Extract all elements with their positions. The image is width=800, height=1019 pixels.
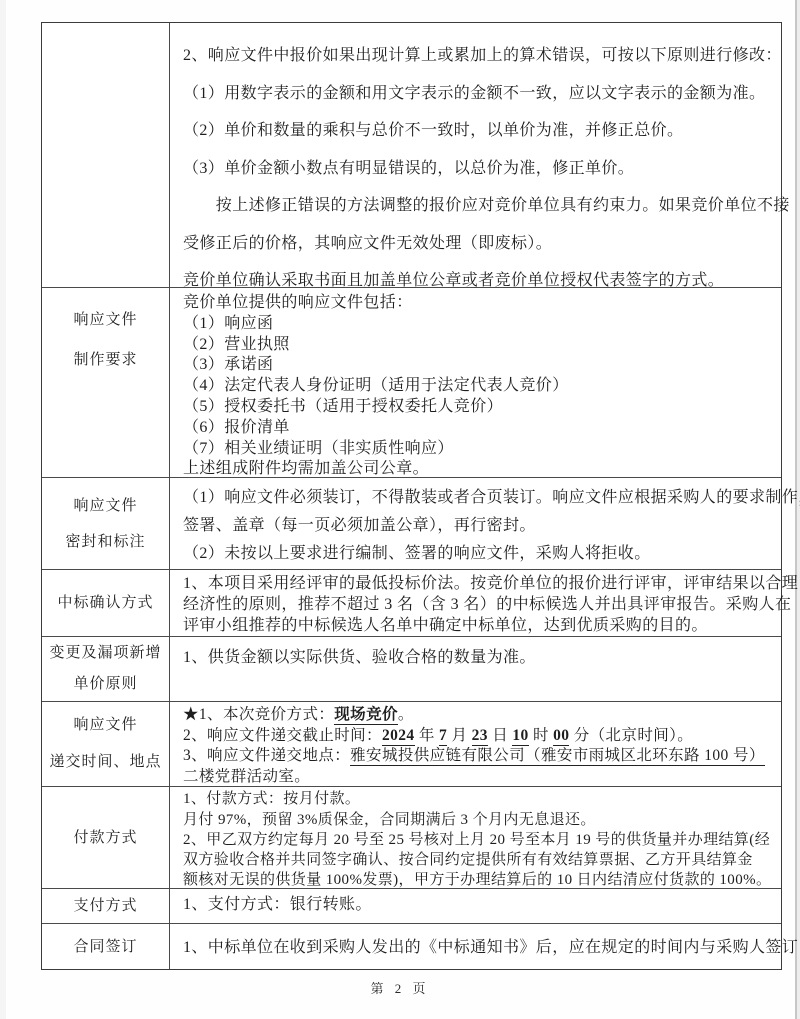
text-segment: （4）法定代表人身份证明（适用于法定代表人竞价） <box>183 377 569 394</box>
text-segment: 评审小组推荐的中标候选人名单中确定中标单位，达到优质采购的目的。 <box>183 617 708 634</box>
content-line: 竞价单位提供的响应文件包括： <box>183 293 781 314</box>
filled-in-value: 现场竞价 <box>334 706 398 725</box>
content-line: （1）响应文件必须装订，不得散装或者合页装订。响应文件应根据采购人的要求制作， <box>183 484 800 512</box>
row-label: 响应文件递交时间、地点 <box>42 702 170 786</box>
text-segment: 签署、盖章（每一页必须加盖公章），再行密封。 <box>183 517 536 534</box>
text-segment: （1）响应函 <box>183 315 273 332</box>
row-label-line: 响应文件 <box>73 707 137 744</box>
content-line: 评审小组推荐的中标候选人名单中确定中标单位，达到优质采购的目的。 <box>183 615 798 636</box>
text-segment: 1、付款方式：按月付款。 <box>183 791 360 807</box>
row-label: 合同签订 <box>42 924 170 969</box>
content-line: （2）营业执照 <box>183 335 781 356</box>
content-line: （3）承诺函 <box>183 355 781 376</box>
text-segment: （3）单价金额小数点有明显错误的，以总价为准，修正单价。 <box>183 160 634 177</box>
row-content: 1、付款方式：按月付款。月付 97%，预留 3%质保金，合同期满后 3 个月内无… <box>170 787 781 888</box>
text-segment: 二楼党群活动室。 <box>183 768 310 785</box>
text-segment: 2、响应文件中报价如果出现计算上或累加上的算术错误，可按以下原则进行修改： <box>183 47 782 64</box>
content-line: （2）未按以上要求进行编制、签署的响应文件，采购人将拒收。 <box>183 540 800 568</box>
content-line: （7）相关业绩证明（非实质性响应） <box>183 439 781 460</box>
content-line: 1、本项目采用经评审的最低投标价法。按竞价单位的报价进行评审，评审结果以合理 <box>183 573 798 594</box>
content-line: 1、付款方式：按月付款。 <box>183 789 781 809</box>
text-segment: 双方验收合格并共同签字确认、按合同约定提供所有有效结算票据、乙方开具结算金 <box>183 852 753 868</box>
text-segment: （7）相关业绩证明（非实质性响应） <box>183 440 454 457</box>
content-line: 签署、盖章（每一页必须加盖公章），再行密封。 <box>183 512 800 540</box>
content-line: 双方验收合格并共同签字确认、按合同约定提供所有有效结算票据、乙方开具结算金 <box>183 850 781 870</box>
filled-in-value: 10 <box>512 727 528 746</box>
row-content: 竞价单位提供的响应文件包括：（1）响应函（2）营业执照（3）承诺函（4）法定代表… <box>170 288 781 477</box>
text-segment: （5）授权委托书（适用于授权委托人竞价） <box>183 398 503 415</box>
row-label: 中标确认方式 <box>42 570 170 636</box>
content-line: 月付 97%，预留 3%质保金，合同期满后 3 个月内无息退还。 <box>183 810 781 830</box>
content-line: 1、中标单位在收到采购人发出的《中标通知书》后，应在规定的时间内与采购人签订 <box>183 937 798 958</box>
text-segment: 月付 97%，预留 3%质保金，合同期满后 3 个月内无息退还。 <box>183 812 596 828</box>
table-row-response-document-preparation: 响应文件制作要求竞价单位提供的响应文件包括：（1）响应函（2）营业执照（3）承诺… <box>42 288 781 478</box>
row-label-line: 响应文件 <box>73 300 137 340</box>
text-segment: 分（北京时间）。 <box>569 727 693 744</box>
text-segment: 竞价单位确认采取书面且加盖单位公章或者竞价单位授权代表签字的方式。 <box>183 272 724 289</box>
row-label <box>42 23 170 287</box>
content-line: 受修正后的价格，其响应文件无效处理（即废标）。 <box>183 225 790 263</box>
row-content: 2、响应文件中报价如果出现计算上或累加上的算术错误，可按以下原则进行修改：（1）… <box>170 23 790 287</box>
content-line: 1、供货金额以实际供货、验收合格的数量为准。 <box>183 647 781 668</box>
text-segment: 。 <box>398 706 414 723</box>
row-label-line: 合同签订 <box>73 929 137 965</box>
filled-in-value: 7 <box>439 727 447 746</box>
content-line: 额核对无误的供货量 100%发票)，甲方于办理结算后的 10 日内结清应付货款的… <box>183 870 781 890</box>
text-segment: 额核对无误的供货量 100%发票)，甲方于办理结算后的 10 日内结清应付货款的… <box>183 872 771 888</box>
row-content: 1、供货金额以实际供货、验收合格的数量为准。 <box>170 637 781 701</box>
row-label-line: 递交时间、地点 <box>49 744 161 781</box>
content-line: 2、甲乙双方约定每月 20 号至 25 号核对上月 20 号至本月 19 号的供… <box>183 830 781 850</box>
filled-in-value: 00 <box>553 727 569 746</box>
text-segment: 2、响应文件递交截止时间： <box>183 727 382 744</box>
row-content: 1、本项目采用经评审的最低投标价法。按竞价单位的报价进行评审，评审结果以合理经济… <box>170 570 798 636</box>
text-segment: 1、中标单位在收到采购人发出的《中标通知书》后，应在规定的时间内与采购人签订 <box>183 939 798 956</box>
text-segment: 月 <box>447 727 471 744</box>
text-segment: 年 <box>415 727 439 744</box>
row-content: 1、中标单位在收到采购人发出的《中标通知书》后，应在规定的时间内与采购人签订 <box>170 924 798 969</box>
text-segment: （1）用数字表示的金额和用文字表示的金额不一致，应以文字表示的金额为准。 <box>183 85 765 102</box>
table: 2、响应文件中报价如果出现计算上或累加上的算术错误，可按以下原则进行修改：（1）… <box>41 22 782 970</box>
text-segment: （1）响应文件必须装订，不得散装或者合页装订。响应文件应根据采购人的要求制作， <box>183 489 800 506</box>
text-segment: （2）营业执照 <box>183 336 290 353</box>
content-line: （1）用数字表示的金额和用文字表示的金额不一致，应以文字表示的金额为准。 <box>183 75 790 113</box>
row-content: ★1、本次竞价方式：现场竞价。2、响应文件递交截止时间：2024 年 7 月 2… <box>170 702 781 786</box>
text-segment: 受修正后的价格，其响应文件无效处理（即废标）。 <box>183 235 552 252</box>
content-line: 3、响应文件递交地点：雅安城投供应链有限公司（雅安市雨城区北环东路 100 号） <box>183 746 781 767</box>
row-label: 响应文件制作要求 <box>42 288 170 477</box>
row-label-line: 中标确认方式 <box>57 585 153 621</box>
table-row-quote-correction-rules: 2、响应文件中报价如果出现计算上或累加上的算术错误，可按以下原则进行修改：（1）… <box>42 23 781 288</box>
text-segment: （2）未按以上要求进行编制、签署的响应文件，采购人将拒收。 <box>183 545 651 562</box>
row-label: 支付方式 <box>42 889 170 923</box>
row-label: 付款方式 <box>42 787 170 888</box>
text-segment: 日 <box>488 727 512 744</box>
content-line: （1）响应函 <box>183 314 781 335</box>
row-label: 响应文件密封和标注 <box>42 478 170 569</box>
text-segment: ★1、本次竞价方式： <box>183 706 334 723</box>
row-label-line: 密封和标注 <box>65 524 145 560</box>
content-line: 按上述修正错误的方法调整的报价应对竞价单位具有约束力。如果竞价单位不接 <box>183 187 790 225</box>
content-line: （2）单价和数量的乘积与总价不一致时，以单价为准，并修正总价。 <box>183 112 790 150</box>
text-segment: 竞价单位提供的响应文件包括： <box>183 294 413 311</box>
content-line: （4）法定代表人身份证明（适用于法定代表人竞价） <box>183 376 781 397</box>
row-label: 变更及漏项新增单价原则 <box>42 637 170 701</box>
content-line: 2、响应文件递交截止时间：2024 年 7 月 23 日 10 时 00 分（北… <box>183 726 781 747</box>
text-segment: 1、本项目采用经评审的最低投标价法。按竞价单位的报价进行评审，评审结果以合理 <box>183 575 798 592</box>
filled-in-value: 雅安城投供应链有限公司（雅安市雨城区北环东路 100 号） <box>350 747 765 766</box>
page-number: 第 2 页 <box>0 978 800 997</box>
text-segment: 3、响应文件递交地点： <box>183 747 350 764</box>
content-line: 1、支付方式：银行转账。 <box>183 894 781 915</box>
text-segment: （3）承诺函 <box>183 356 273 373</box>
filled-in-value: 23 <box>472 727 488 746</box>
content-line: ★1、本次竞价方式：现场竞价。 <box>183 705 781 726</box>
content-line: （6）报价清单 <box>183 418 781 439</box>
text-segment: 上述组成附件均需加盖公司公章。 <box>183 460 429 477</box>
table-row-payment-method: 支付方式1、支付方式：银行转账。 <box>42 889 781 924</box>
text-segment: 2、甲乙双方约定每月 20 号至 25 号核对上月 20 号至本月 19 号的供… <box>183 832 770 848</box>
row-content: 1、支付方式：银行转账。 <box>170 889 781 923</box>
text-segment: 时 <box>529 727 553 744</box>
table-row-change-and-omission-unit-price-principle: 变更及漏项新增单价原则1、供货金额以实际供货、验收合格的数量为准。 <box>42 637 781 702</box>
text-segment: 1、支付方式：银行转账。 <box>183 896 372 913</box>
row-label-line: 付款方式 <box>73 820 137 856</box>
row-label-line: 响应文件 <box>73 488 137 524</box>
content-line: 二楼党群活动室。 <box>183 767 781 788</box>
content-line: 2、响应文件中报价如果出现计算上或累加上的算术错误，可按以下原则进行修改： <box>183 37 790 75</box>
row-label-line: 支付方式 <box>73 888 137 924</box>
table-row-payment-terms: 付款方式1、付款方式：按月付款。月付 97%，预留 3%质保金，合同期满后 3 … <box>42 787 781 889</box>
scan-left-strip <box>0 0 6 1019</box>
content-line: （3）单价金额小数点有明显错误的，以总价为准，修正单价。 <box>183 150 790 188</box>
filled-in-value: 2024 <box>382 727 415 746</box>
text-segment: （6）报价清单 <box>183 419 290 436</box>
text-segment: 1、供货金额以实际供货、验收合格的数量为准。 <box>183 649 536 666</box>
table-row-response-document-submission-time-place: 响应文件递交时间、地点★1、本次竞价方式：现场竞价。2、响应文件递交截止时间：2… <box>42 702 781 787</box>
text-segment: 经济性的原则，推荐不超过 3 名（含 3 名）的中标候选人并出具评审报告。采购人… <box>183 596 791 613</box>
row-label-line: 制作要求 <box>73 340 137 380</box>
text-segment: （2）单价和数量的乘积与总价不一致时，以单价为准，并修正总价。 <box>183 122 683 139</box>
table-row-contract-signing: 合同签订1、中标单位在收到采购人发出的《中标通知书》后，应在规定的时间内与采购人… <box>42 924 781 969</box>
content-line: （5）授权委托书（适用于授权委托人竞价） <box>183 397 781 418</box>
content-line: 经济性的原则，推荐不超过 3 名（含 3 名）的中标候选人并出具评审报告。采购人… <box>183 594 798 615</box>
row-label-line: 单价原则 <box>73 669 137 700</box>
row-label-line: 变更及漏项新增 <box>49 638 161 669</box>
text-segment: 按上述修正错误的方法调整的报价应对竞价单位具有约束力。如果竞价单位不接 <box>183 197 790 214</box>
table-row-response-document-sealing: 响应文件密封和标注（1）响应文件必须装订，不得散装或者合页装订。响应文件应根据采… <box>42 478 781 570</box>
row-content: （1）响应文件必须装订，不得散装或者合页装订。响应文件应根据采购人的要求制作，签… <box>170 478 800 569</box>
table-row-award-confirmation-method: 中标确认方式1、本项目采用经评审的最低投标价法。按竞价单位的报价进行评审，评审结… <box>42 570 781 637</box>
